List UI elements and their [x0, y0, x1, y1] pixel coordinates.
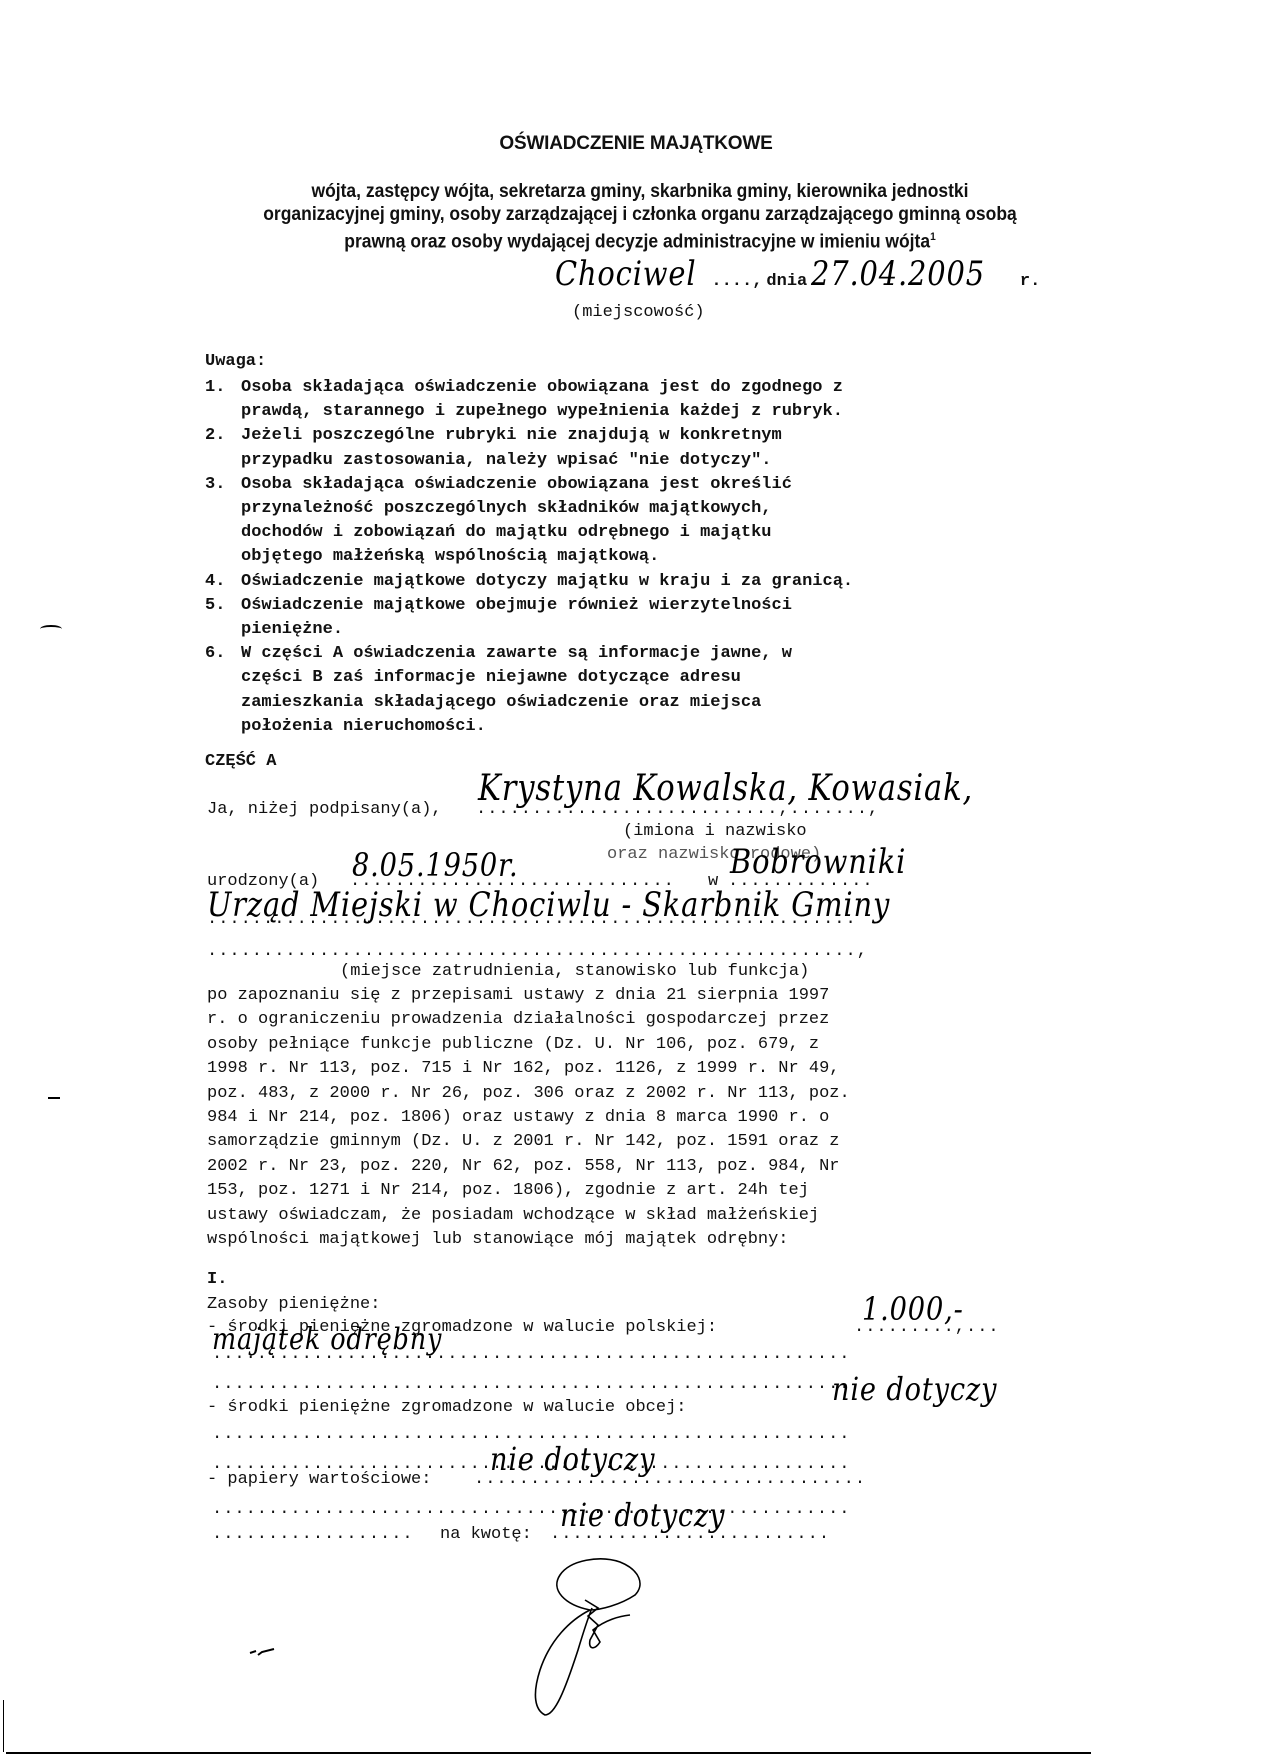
notes-heading: Uwaga: [205, 352, 266, 371]
note-number [205, 400, 241, 424]
note-item: pieniężne. [205, 618, 853, 642]
legal-text-line: 1998 r. Nr 113, poz. 715 i Nr 162, poz. … [207, 1057, 850, 1081]
subtitle-line: wójta, zastępcy wójta, sekretarza gminy,… [180, 180, 1100, 203]
legal-text-line: 984 i Nr 214, poz. 1806) oraz ustawy z d… [207, 1106, 850, 1130]
legal-text: po zapoznaniu się z przepisami ustawy z … [207, 984, 850, 1252]
scan-border-bottom [6, 1752, 1091, 1754]
note-text: Osoba składająca oświadczenie obowiązana… [241, 473, 792, 497]
place-date-line: Chociwel ...., dnia 27.04.2005 r. [555, 254, 1040, 294]
note-number: 1. [205, 376, 241, 400]
note-number [205, 521, 241, 545]
note-item: objętego małżeńską wspólnością majątkową… [205, 545, 853, 569]
note-item: 4.Oświadczenie majątkowe dotyczy majątku… [205, 570, 853, 594]
scan-edge-mark [48, 1097, 60, 1103]
scan-mark-icon [248, 1645, 288, 1660]
signed-label: Ja, niżej podpisany(a), [207, 800, 442, 819]
note-number [205, 666, 241, 690]
note-number [205, 545, 241, 569]
note-number: 3. [205, 473, 241, 497]
note-item: przynależność poszczególnych składników … [205, 497, 853, 521]
note-text: Oświadczenie majątkowe dotyczy majątku w… [241, 570, 853, 594]
signature-icon [470, 1550, 690, 1730]
note-number [205, 618, 241, 642]
note-number: 5. [205, 594, 241, 618]
legal-text-line: r. o ograniczeniu prowadzenia działalnoś… [207, 1008, 850, 1032]
securities-dots-2: ........................................… [212, 1500, 851, 1519]
note-text: Oświadczenie majątkowe obejmuje również … [241, 594, 792, 618]
foreign-label: - środki pieniężne zgromadzone w walucie… [207, 1398, 686, 1417]
note-number: 4. [205, 570, 241, 594]
pln-dots-2: ........................................… [212, 1375, 851, 1394]
date-label: dnia [766, 272, 807, 291]
note-item: prawdą, starannego i zupełnego wypełnien… [205, 400, 853, 424]
section-1-numeral: I. [207, 1270, 227, 1289]
amount-value-field[interactable]: nie dotyczy [560, 1496, 725, 1534]
notes-list: 1.Osoba składająca oświadczenie obowiąza… [205, 376, 853, 739]
legal-text-line: osoby pełniące funkcje publiczne (Dz. U.… [207, 1033, 850, 1057]
note-text: pieniężne. [241, 618, 343, 642]
securities-value-field[interactable]: nie dotyczy [490, 1440, 655, 1478]
note-text: prawdą, starannego i zupełnego wypełnien… [241, 400, 843, 424]
place-caption: (miejscowość) [572, 303, 705, 322]
amount-dots-1: .................. [212, 1525, 414, 1544]
legal-text-line: samorządzie gminnym (Dz. U. z 2001 r. Nr… [207, 1130, 850, 1154]
amount-label: na kwotę: [440, 1525, 532, 1544]
note-text: zamieszkania składającego oświadczenie o… [241, 691, 761, 715]
note-item: części B zaś informacje niejawne dotyczą… [205, 666, 853, 690]
note-item: 6.W części A oświadczenia zawarte są inf… [205, 642, 853, 666]
document-title: OŚWIADCZENIE MAJĄTKOWE [0, 133, 1272, 155]
note-item: 3.Osoba składająca oświadczenie obowiąza… [205, 473, 853, 497]
note-number [205, 497, 241, 521]
note-item: położenia nieruchomości. [205, 715, 853, 739]
legal-text-line: 153, poz. 1271 i Nr 214, poz. 1806), zgo… [207, 1179, 850, 1203]
note-text: objętego małżeńską wspólnością majątkową… [241, 545, 659, 569]
birth-date-field[interactable]: 8.05.1950r. [352, 846, 518, 884]
note-text: położenia nieruchomości. [241, 715, 486, 739]
securities-label: - papiery wartościowe: [207, 1470, 431, 1489]
employment-dots-2: ........................................… [207, 942, 868, 961]
birth-place-field[interactable]: Bobrowniki [730, 842, 906, 882]
note-item: przypadku zastosowania, należy wpisać "n… [205, 449, 853, 473]
note-text: przynależność poszczególnych składników … [241, 497, 772, 521]
document-subtitle: wójta, zastępcy wójta, sekretarza gminy,… [180, 180, 1100, 253]
note-text: dochodów i zobowiązań do majątku odrębne… [241, 521, 772, 545]
legal-text-line: wspólności majątkowej lub stanowiące mój… [207, 1228, 850, 1252]
note-item: dochodów i zobowiązań do majątku odrębne… [205, 521, 853, 545]
part-a-heading: CZĘŚĆ A [205, 752, 276, 771]
section-1-heading: Zasoby pieniężne: [207, 1295, 380, 1314]
employment-field[interactable]: Urząd Miejski w Chociwlu - Skarbnik Gmin… [207, 885, 890, 925]
pln-value-field[interactable]: 1.000,- [862, 1290, 964, 1328]
note-text: Osoba składająca oświadczenie obowiązana… [241, 376, 843, 400]
employment-caption: (miejsce zatrudnienia, stanowisko lub fu… [340, 962, 809, 981]
note-item: zamieszkania składającego oświadczenie o… [205, 691, 853, 715]
subtitle-line: organizacyjnej gminy, osoby zarządzające… [180, 203, 1100, 226]
comma: , [752, 272, 762, 291]
name-field[interactable]: Krystyna Kowalska, Kowasiak, [478, 768, 973, 809]
note-number: 2. [205, 424, 241, 448]
note-text: części B zaś informacje niejawne dotyczą… [241, 666, 741, 690]
scan-edge-mark [40, 625, 62, 633]
footnote-marker: 1 [930, 231, 936, 243]
legal-text-line: ustawy oświadczam, że posiadam wchodzące… [207, 1204, 850, 1228]
note-text: przypadku zastosowania, należy wpisać "n… [241, 449, 772, 473]
note-text: Jeżeli poszczególne rubryki nie znajdują… [241, 424, 782, 448]
legal-text-line: po zapoznaniu się z przepisami ustawy z … [207, 984, 850, 1008]
note-item: 1.Osoba składająca oświadczenie obowiąza… [205, 376, 853, 400]
note-item: 2.Jeżeli poszczególne rubryki nie znajdu… [205, 424, 853, 448]
legal-text-line: poz. 483, z 2000 r. Nr 26, poz. 306 oraz… [207, 1082, 850, 1106]
note-number: 6. [205, 642, 241, 666]
place-dots: .... [711, 272, 752, 291]
date-suffix: r. [1020, 272, 1040, 291]
subtitle-line: prawną oraz osoby wydającej decyzje admi… [180, 226, 1100, 253]
legal-text-line: 2002 r. Nr 23, poz. 220, Nr 62, poz. 558… [207, 1155, 850, 1179]
foreign-value-field[interactable]: nie dotyczy [832, 1370, 997, 1408]
name-caption-1: (imiona i nazwisko [623, 822, 807, 841]
note-text: W części A oświadczenia zawarte są infor… [241, 642, 792, 666]
note-number [205, 715, 241, 739]
note-item: 5.Oświadczenie majątkowe obejmuje równie… [205, 594, 853, 618]
place-field[interactable]: Chociwel [555, 254, 696, 294]
date-field[interactable]: 27.04.2005 [811, 254, 985, 294]
scan-border-left [3, 1700, 4, 1752]
pln-note-field[interactable]: majątek odrębny [212, 1322, 442, 1357]
note-number [205, 449, 241, 473]
note-number [205, 691, 241, 715]
